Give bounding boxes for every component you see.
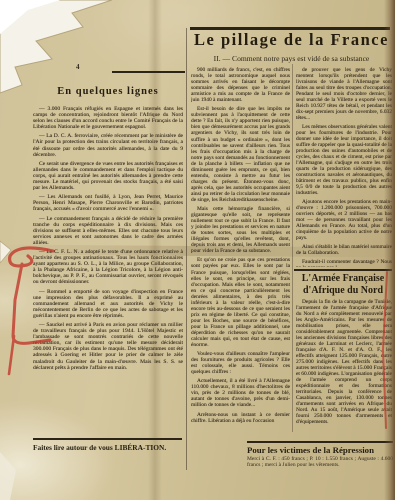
reader-appeal: Faites lire autour de vous LIBÉRA-TION. — [33, 444, 185, 452]
article-title: Le pillage de la France — [191, 30, 392, 50]
army-article-rule — [294, 269, 392, 271]
left-column-body: — 3.000 Français réfugiés en Espagne et … — [33, 106, 183, 436]
left-column-heading: En quelques lignes — [33, 86, 183, 97]
article-paragraph: Voulez-vous d'ailleurs connaître l'ample… — [191, 351, 290, 375]
article-column-1: 900 milliards de francs, c'est, en chiff… — [191, 67, 290, 475]
article-column-2: de prouver que les gens de Vichy mentent… — [296, 67, 392, 267]
army-article-title: L'Armée Française d'Afrique du Nord — [293, 273, 393, 296]
article-paragraph: Est-il besoin de dire que les impôts ne … — [191, 106, 290, 203]
article-paragraph: Ainsi s'établit le bilan matériel sommai… — [296, 244, 392, 256]
article-paragraph: Les mêmes observations générales valent … — [296, 124, 392, 196]
donations-title: Pour les victimes de la Répression — [247, 445, 393, 455]
article-paragraph: Mais cette hémorragie financière, si gig… — [191, 206, 290, 254]
left-column-top-rule — [112, 71, 185, 73]
column-rule-left — [186, 28, 187, 470]
news-brief: — Rommel a emporté de son voyage d'inspe… — [33, 289, 183, 319]
donations-acknowledgement: Pour les victimes de la Répression Merci… — [247, 441, 393, 468]
article-paragraph: de prouver que les gens de Vichy mentent… — [296, 67, 392, 121]
page-number: 4 — [76, 63, 80, 71]
army-article-body: Depuis la fin de la campagne de Tunisie,… — [296, 299, 392, 431]
news-brief: — Le C. F. L. N. a adopté le texte d'une… — [33, 249, 183, 286]
left-footer-rule — [33, 438, 182, 440]
news-brief: — Le commandement français a décidé de r… — [33, 216, 183, 246]
page-edge-shadow — [384, 0, 395, 500]
news-brief: — 3.000 Français réfugiés en Espagne et … — [33, 106, 183, 130]
news-brief: — La D. C. A. ferroviaire, créée récemme… — [33, 133, 183, 157]
article-paragraph: Arrêtons-nous un instant à ce dernier ch… — [191, 412, 290, 424]
article-paragraph: 900 milliards de francs, c'est, en chiff… — [191, 67, 290, 103]
news-brief: — Sauckel est arrivé à Paris en avion po… — [33, 322, 183, 371]
article-paragraph: Actuellement, il a été livré à l'Allemag… — [191, 378, 290, 408]
donations-rule — [247, 441, 393, 443]
article-paragraph: Depuis la fin de la campagne de Tunisie,… — [296, 299, 392, 425]
donations-text: Merci à C. F. : 450 francs ; P. 10 : 1.5… — [247, 456, 393, 468]
article-paragraph: Faudrait-il commenter davantage ? Nous n… — [296, 259, 392, 267]
article-paragraph: Ajoutons encore les prestations en main-… — [296, 199, 392, 241]
column-rule-right — [292, 64, 293, 432]
news-brief: — Les Allemands ont fusillé, à Lyon, Jea… — [33, 194, 183, 212]
article-paragraph: Et qu'on ne croie pas que ces prestation… — [191, 257, 290, 348]
news-brief: Ce serait une divergence de vues entre l… — [33, 161, 183, 191]
article-subtitle: II. — Comment notre pays est vidé de sa … — [191, 54, 392, 63]
newspaper-page-scan: 4 En quelques lignes — 3.000 Français ré… — [0, 0, 395, 500]
